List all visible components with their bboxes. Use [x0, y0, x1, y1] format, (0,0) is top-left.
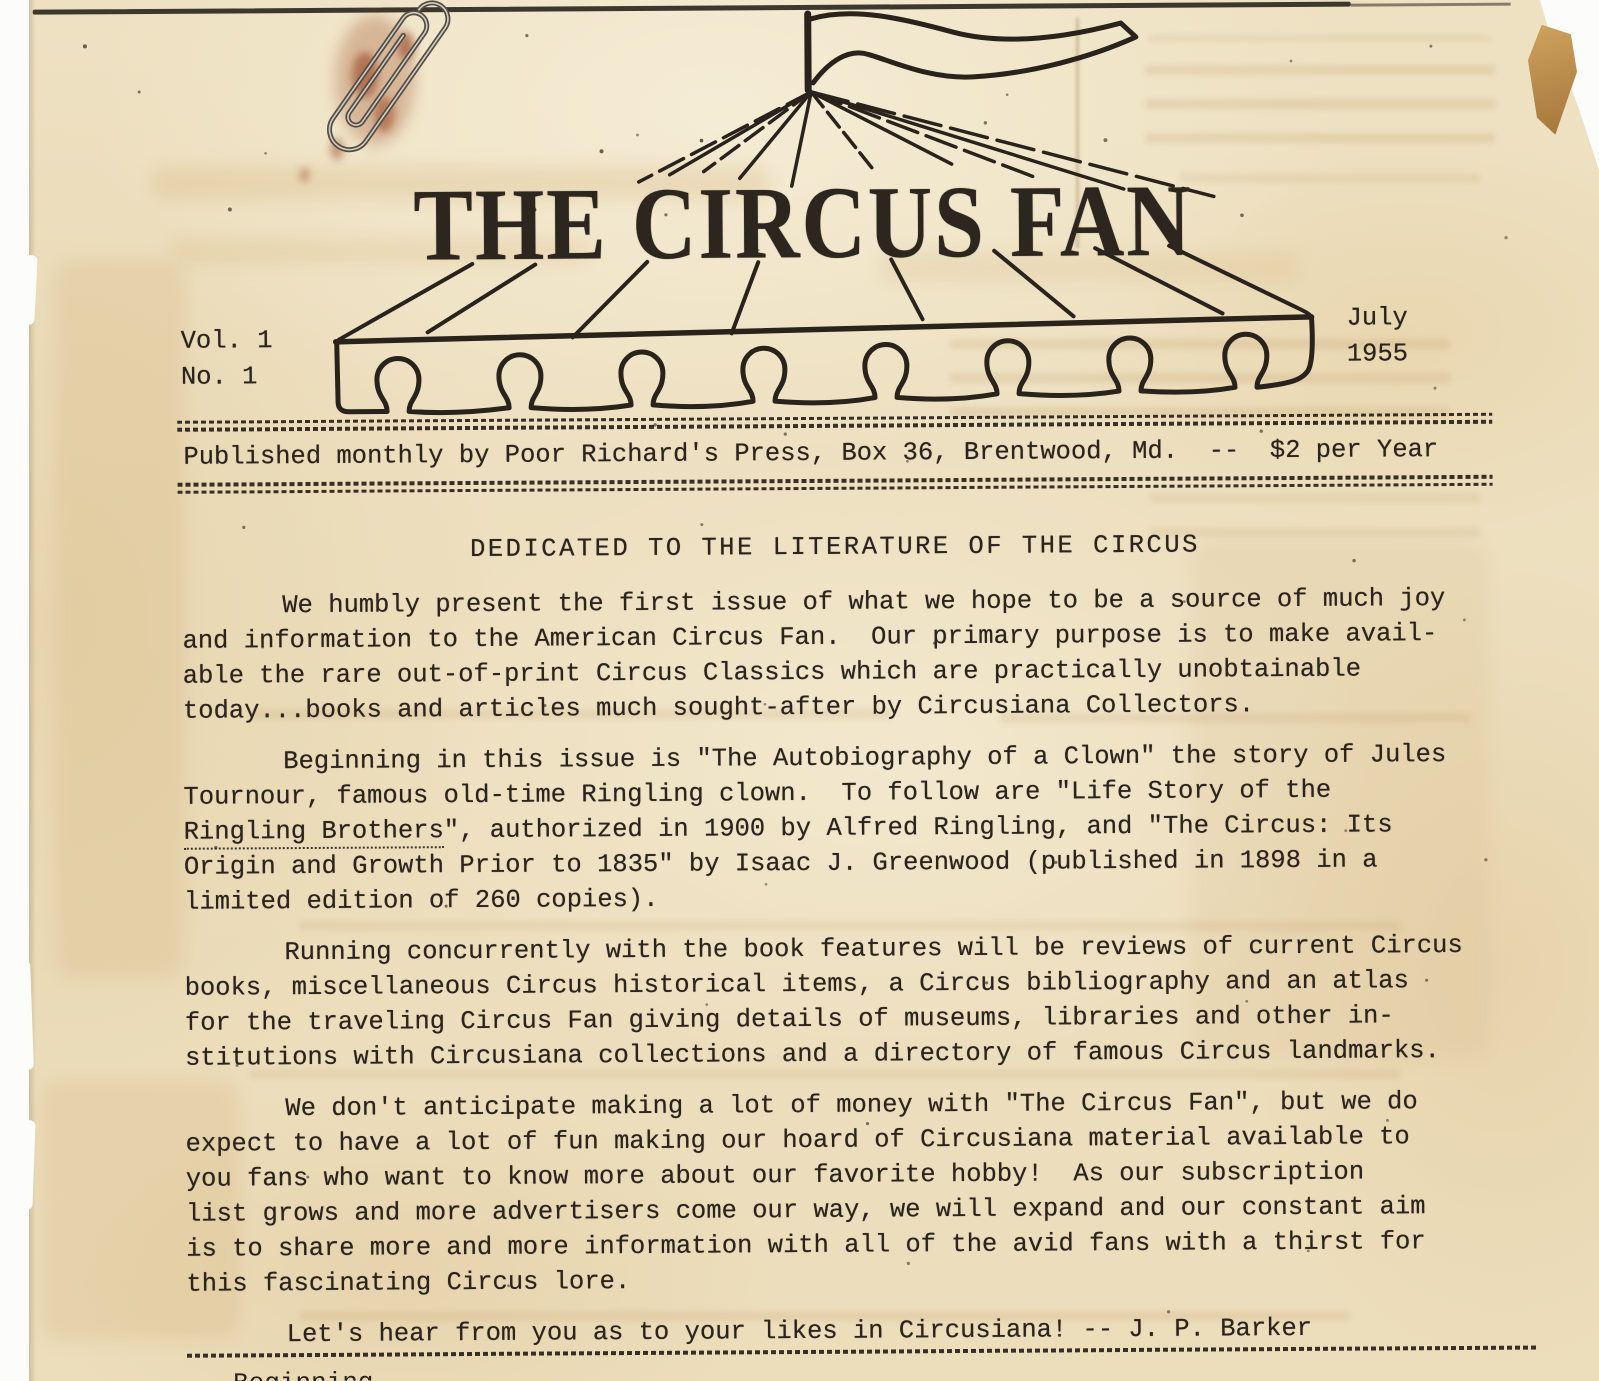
text-line: this fascinating Circus lore.	[186, 1259, 1491, 1302]
volume-label: Vol. 1	[181, 323, 273, 360]
paragraph: We don't anticipate making a lot of mone…	[185, 1084, 1491, 1302]
tent-eave-line	[336, 317, 1312, 342]
tent-valance	[337, 319, 1313, 413]
paper-sheet: THE CIRCUS FAN Vol. 1 No. 1 July 1955 Pu…	[0, 0, 1599, 1381]
text-line-rest: ", authorized in 1900 by Alfred Ringling…	[444, 810, 1393, 845]
underlined-book-title: Ringling Brothers	[184, 816, 444, 850]
page-top-edge-line	[33, 2, 1351, 15]
text-line: today...books and articles much sought-a…	[183, 686, 1488, 729]
article-body: We humbly present the first issue of wha…	[182, 581, 1492, 1353]
dedication-heading: DEDICATED TO THE LITERATURE OF THE CIRCU…	[180, 529, 1490, 566]
page-edge-notch	[17, 1120, 35, 1210]
scanned-page: THE CIRCUS FAN Vol. 1 No. 1 July 1955 Pu…	[0, 0, 1599, 1381]
text-line: stitutions with Circusiana collections a…	[185, 1033, 1490, 1076]
paragraph: We humbly present the first issue of wha…	[182, 581, 1488, 729]
paragraph: Running concurrently with the book featu…	[184, 928, 1490, 1076]
bottom-partial-text: Beginning	[233, 1366, 374, 1381]
paragraph: Beginning in this issue is "The Autobiog…	[183, 737, 1489, 920]
masthead-title: THE CIRCUS FAN	[352, 168, 1255, 277]
pennant-flag-line	[811, 12, 1136, 83]
issue-label: No. 1	[181, 359, 258, 395]
text-line: limited edition of 260 copies).	[184, 877, 1489, 920]
publisher-line: Published monthly by Poor Richard's Pres…	[183, 432, 1438, 476]
page-top-edge-line-faint	[1351, 3, 1511, 7]
rust-stain	[300, 168, 309, 182]
scan-content: THE CIRCUS FAN Vol. 1 No. 1 July 1955 Pu…	[0, 0, 1599, 1381]
issue-month: July	[1346, 300, 1407, 336]
issue-year: 1955	[1347, 336, 1408, 372]
